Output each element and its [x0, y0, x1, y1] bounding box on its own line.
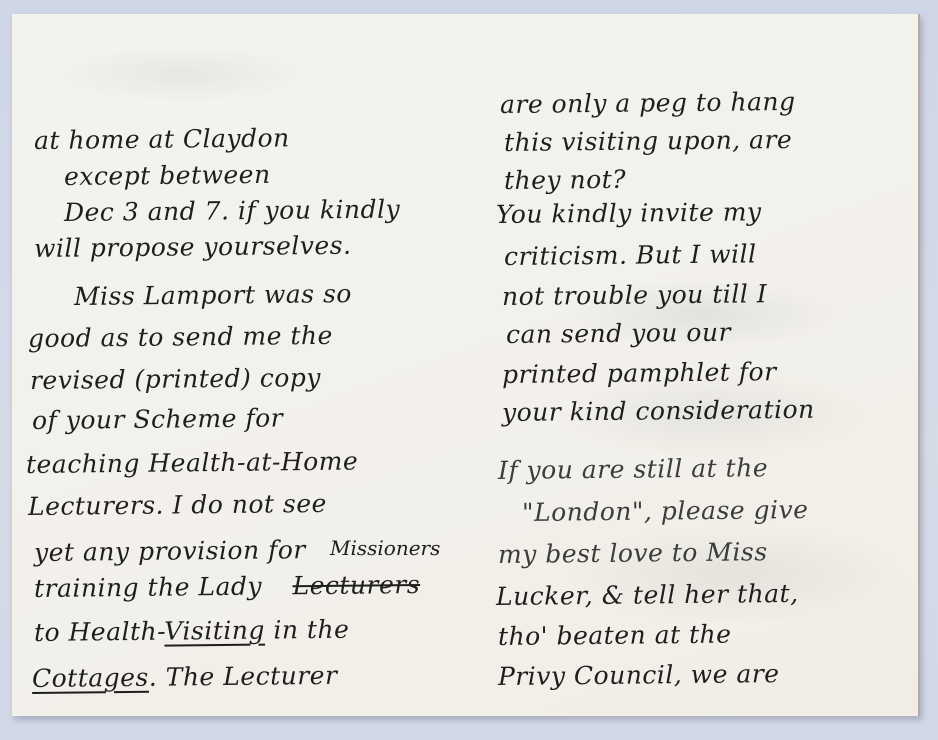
right-line-7: can send you our — [506, 318, 731, 349]
right-line-6: not trouble you till I — [502, 279, 767, 311]
left-line-3: Dec 3 and 7. if you kindly — [64, 194, 400, 227]
right-line-13: Lucker, & tell her that, — [496, 579, 799, 611]
line-12-text: training the Lady — [34, 572, 262, 603]
underlined-word: Cottages — [32, 663, 149, 693]
left-line-9: teaching Health-at-Home — [26, 447, 359, 479]
left-line-2: except between — [64, 160, 271, 191]
left-page: at home at Claydon except between Dec 3 … — [12, 14, 482, 716]
right-line-10: If you are still at the — [498, 453, 768, 485]
right-line-3: they not? — [504, 165, 626, 195]
right-line-12: my best love to Miss — [498, 537, 768, 569]
left-line-8: of your Scheme for — [32, 403, 283, 435]
right-line-14: tho' beaten at the — [498, 620, 732, 651]
letter-sheet: at home at Claydon except between Dec 3 … — [12, 14, 920, 716]
right-line-2: this visiting upon, are — [504, 125, 793, 157]
left-line-11: yet any provision for — [34, 535, 306, 567]
right-line-8: printed pamphlet for — [502, 357, 777, 389]
struck-word-lecturers: Lecturers — [292, 570, 420, 600]
left-line-1: at home at Claydon — [34, 123, 290, 155]
left-line-7: revised (printed) copy — [30, 363, 321, 395]
left-line-5: Miss Lamport was so — [74, 279, 352, 311]
right-line-4: You kindly invite my — [496, 197, 762, 229]
inserted-word-missioners: Missioners — [330, 536, 440, 560]
right-line-9: your kind consideration — [502, 395, 815, 427]
right-page: are only a peg to hang this visiting upo… — [482, 14, 918, 716]
left-line-14: Cottages. The Lecturer — [32, 661, 338, 693]
left-line-6: good as to send me the — [28, 321, 333, 353]
underlined-word: Visiting — [164, 616, 265, 646]
right-line-1: are only a peg to hang — [500, 87, 796, 119]
left-line-10: Lecturers. I do not see — [28, 489, 327, 521]
right-line-15: Privy Council, we are — [498, 659, 780, 691]
right-line-5: criticism. But I will — [504, 239, 757, 271]
right-line-11: "London", please give — [522, 495, 809, 527]
left-line-12: training the Lady Lecturers — [34, 570, 420, 603]
left-line-4: will propose yourselves. — [34, 231, 352, 263]
left-line-13: to Health-Visiting in the — [34, 615, 350, 647]
